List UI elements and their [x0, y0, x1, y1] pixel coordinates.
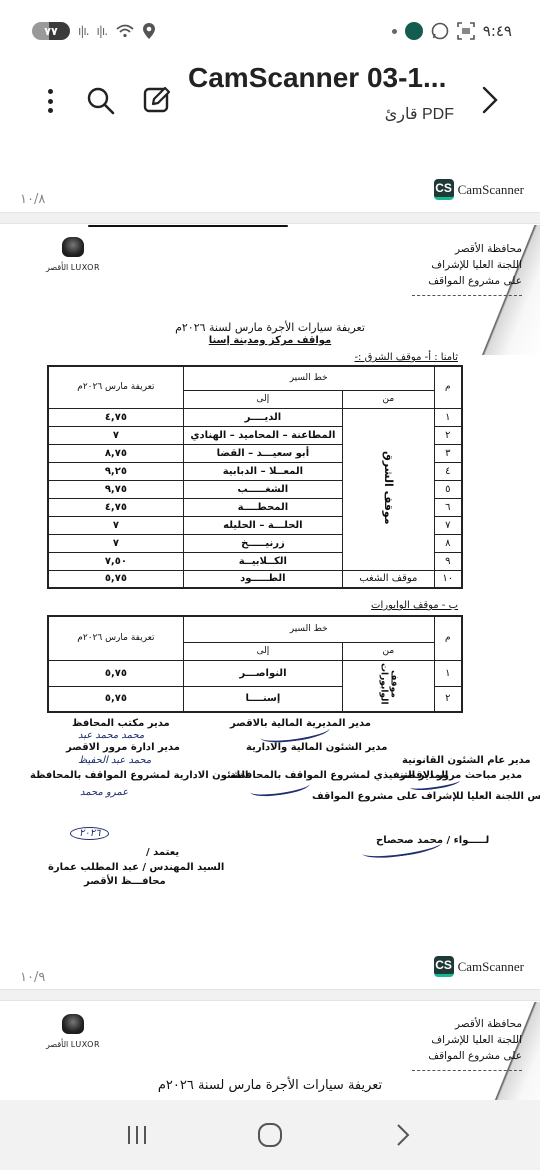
search-icon[interactable]: [86, 86, 116, 116]
scan-edge: [88, 225, 288, 227]
sig-legal: مدير عام الشئون القانونية: [402, 755, 531, 766]
recent-apps-button[interactable]: [117, 1115, 157, 1155]
handwriting: محمد عبد الحفيظ: [78, 755, 151, 766]
notification-dot: [392, 29, 397, 34]
pdf-page: الأقصر LUXOR محافظة الأقصر اللجنة العليا…: [0, 1002, 540, 1100]
section-a-label: ثامنا : أ- موقف الشرق :-: [354, 352, 458, 363]
table-row: ١٠موقف الشغبالطـــــود٥,٧٥: [48, 570, 462, 588]
handwriting: محمد محمد عبد: [78, 730, 144, 741]
app-subtitle: قارئ PDF: [385, 104, 454, 124]
page-indicator: ١٠/٩: [20, 970, 45, 985]
pharaoh-logo-icon: [62, 237, 84, 257]
page-divider: [0, 989, 540, 1001]
camscanner-logo: CS: [434, 179, 454, 200]
edit-icon[interactable]: [142, 84, 172, 114]
back-chevron-icon: [395, 1122, 411, 1148]
recent-apps-icon: [125, 1124, 149, 1146]
clock: ٩:٤٩: [483, 22, 512, 40]
status-right: ٩:٤٩: [392, 22, 512, 40]
from-cell: موقف الشرق: [343, 408, 435, 570]
approve-label: يعتمد /: [146, 847, 179, 858]
page-divider: [0, 212, 540, 224]
table-row: ١ موقف الوابورات النواصـــر ٥,٧٥: [48, 660, 462, 686]
sig-finance-admin: مدير الشئون المالية والادارية: [246, 742, 387, 753]
luxor-logo: الأقصر LUXOR: [38, 237, 108, 272]
whatsapp-icon: [431, 22, 449, 40]
camscanner-watermark: CS CamScanner: [434, 179, 524, 200]
from-cell: موقف الوابورات: [343, 660, 435, 712]
governor-title: محافـــظ الأقصر: [84, 876, 166, 887]
status-left: ٧٧ ı|ı. ı|ı.: [32, 22, 155, 40]
gov-header: محافظة الأقصر اللجنة العليا للإشراف على …: [402, 241, 522, 296]
fares-table-wabourat: م خط السير تعريفة مارس ٢٠٢٦م من إلى ١ مو…: [47, 615, 463, 713]
handwritten-date: ٢٠٢٦: [70, 827, 109, 840]
sig-committee-head: رئيس اللجنة العليا للإشراف على مشروع الم…: [312, 791, 540, 802]
more-options-button[interactable]: [40, 86, 60, 116]
table-row: ١ موقف الشرق الديــــر ٤,٧٥: [48, 408, 462, 426]
doc-subtitle: مواقف مركز ومدينة إسنا: [0, 335, 540, 346]
gov-header: محافظة الأقصر اللجنة العليا للإشراف على …: [402, 1016, 522, 1071]
section-b-label: ب - موقف الوابورات: [371, 600, 458, 611]
camscanner-watermark: CS CamScanner: [434, 956, 524, 977]
next-chevron-icon[interactable]: [480, 84, 500, 116]
signal-icon-2: ı|ı.: [97, 24, 108, 38]
doc-title: تعريفة سيارات الأجرة مارس لسنة ٢٠٢٦م: [0, 1078, 540, 1093]
document-title: CamScanner 03-1...: [188, 62, 446, 94]
camscanner-logo: CS: [434, 956, 454, 977]
app-bar: CamScanner 03-1... قارئ PDF: [0, 62, 540, 136]
luxor-logo: الأقصر LUXOR: [38, 1014, 108, 1049]
pdf-page: الأقصر LUXOR محافظة الأقصر اللجنة العليا…: [0, 225, 540, 955]
screen: ٧٧ ı|ı. ı|ı. ٩:٤٩ CamScanner 03-1... قار…: [0, 0, 540, 1170]
system-nav-bar: [0, 1100, 540, 1170]
pdf-viewer[interactable]: CS CamScanner ١٠/٨ الأقصر LUXOR محافظة ا…: [0, 136, 540, 1100]
phone-call-icon: [405, 22, 423, 40]
sig-gov-office: مدير مكتب المحافظ: [72, 718, 170, 729]
handwriting: عمرو محمد: [80, 787, 128, 798]
battery-level: ٧٧: [44, 25, 57, 38]
governor-name: السيد المهندس / عبد المطلب عمارة: [48, 862, 224, 873]
screen-capture-icon: [457, 22, 475, 40]
sig-traffic-investigations: مدير مباحث مرور الاقصر: [400, 770, 522, 781]
back-button[interactable]: [383, 1115, 423, 1155]
status-bar: ٧٧ ı|ı. ı|ı. ٩:٤٩: [0, 0, 540, 62]
page-indicator: ١٠/٨: [20, 192, 45, 207]
battery-icon: ٧٧: [32, 22, 70, 40]
fares-table-east: م خط السير تعريفة مارس ٢٠٢٦م من إلى ١ مو…: [47, 365, 463, 589]
wifi-icon: [115, 23, 135, 39]
signal-icon: ı|ı.: [78, 24, 89, 38]
pharaoh-logo-icon: [62, 1014, 84, 1034]
sig-traffic-admin: مدير ادارة مرور الاقصر: [66, 742, 180, 753]
home-icon: [257, 1122, 283, 1148]
sig-admin-parking: الشئون الادارية لمشروع المواقف بالمحافظة: [30, 770, 248, 781]
doc-title: تعريفة سيارات الأجرة مارس لسنة ٢٠٢٦م: [0, 321, 540, 334]
location-icon: [143, 23, 155, 39]
home-button[interactable]: [250, 1115, 290, 1155]
